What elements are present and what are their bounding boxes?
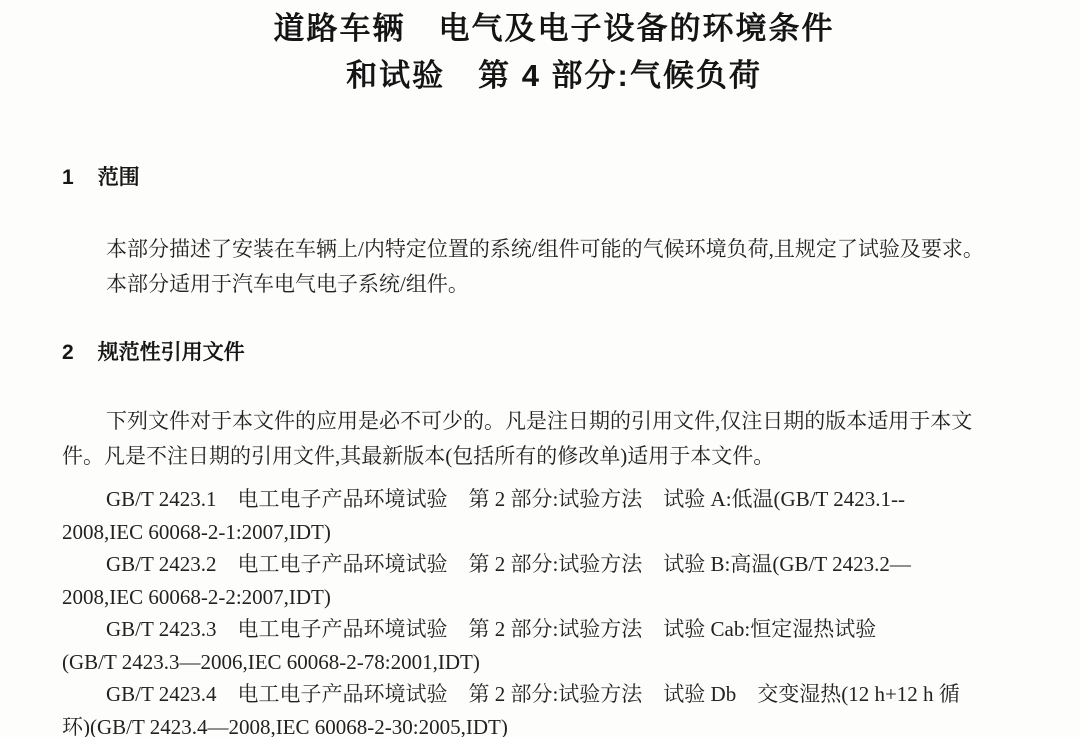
section-2-intro-paragraph: 下列文件对于本文件的应用是必不可少的。凡是注日期的引用文件,仅注日期的版本适用于…	[62, 404, 1046, 474]
reference-3-line-1: GB/T 2423.3 电工电子产品环境试验 第 2 部分:试验方法 试验 Ca…	[62, 613, 1046, 646]
document-title: 道路车辆 电气及电子设备的环境条件 和试验 第 4 部分:气候负荷	[62, 5, 1046, 99]
reference-item: GB/T 2423.2 电工电子产品环境试验 第 2 部分:试验方法 试验 B:…	[62, 548, 1046, 613]
section-1-heading: 1范围	[62, 165, 1046, 191]
title-line-2: 和试验 第 4 部分:气候负荷	[62, 52, 1046, 99]
scope-line-2: 本部分适用于汽车电气电子系统/组件。	[62, 267, 1046, 302]
intro-line-2: 件。凡是不注日期的引用文件,其最新版本(包括所有的修改单)适用于本文件。	[62, 439, 1046, 474]
section-2-heading: 2规范性引用文件	[62, 340, 1046, 366]
reference-2-line-2: 2008,IEC 60068-2-2:2007,IDT)	[62, 581, 1046, 614]
reference-2-line-1: GB/T 2423.2 电工电子产品环境试验 第 2 部分:试验方法 试验 B:…	[62, 548, 1046, 581]
reference-1-line-2: 2008,IEC 60068-2-1:2007,IDT)	[62, 516, 1046, 549]
normative-references-list: GB/T 2423.1 电工电子产品环境试验 第 2 部分:试验方法 试验 A:…	[62, 483, 1046, 737]
section-1-paragraph: 本部分描述了安装在车辆上/内特定位置的系统/组件可能的气候环境负荷,且规定了试验…	[62, 232, 1046, 302]
reference-4-line-1: GB/T 2423.4 电工电子产品环境试验 第 2 部分:试验方法 试验 Db…	[62, 678, 1046, 711]
reference-item: GB/T 2423.3 电工电子产品环境试验 第 2 部分:试验方法 试验 Ca…	[62, 613, 1046, 678]
section-2-number: 2	[62, 340, 74, 366]
reference-item: GB/T 2423.1 电工电子产品环境试验 第 2 部分:试验方法 试验 A:…	[62, 483, 1046, 548]
intro-line-1: 下列文件对于本文件的应用是必不可少的。凡是注日期的引用文件,仅注日期的版本适用于…	[62, 404, 1046, 439]
reference-3-line-2: (GB/T 2423.3—2006,IEC 60068-2-78:2001,ID…	[62, 646, 1046, 679]
reference-4-line-2: 环)(GB/T 2423.4—2008,IEC 60068-2-30:2005,…	[62, 711, 1046, 737]
section-2-heading-text: 规范性引用文件	[98, 341, 245, 364]
reference-item: GB/T 2423.4 电工电子产品环境试验 第 2 部分:试验方法 试验 Db…	[62, 678, 1046, 737]
document-page: 道路车辆 电气及电子设备的环境条件 和试验 第 4 部分:气候负荷 1范围 本部…	[0, 0, 1080, 737]
section-1-number: 1	[62, 165, 74, 191]
reference-1-line-1: GB/T 2423.1 电工电子产品环境试验 第 2 部分:试验方法 试验 A:…	[62, 483, 1046, 516]
scope-line-1: 本部分描述了安装在车辆上/内特定位置的系统/组件可能的气候环境负荷,且规定了试验…	[62, 232, 1046, 267]
title-line-1: 道路车辆 电气及电子设备的环境条件	[62, 5, 1046, 52]
section-1-heading-text: 范围	[98, 166, 140, 189]
